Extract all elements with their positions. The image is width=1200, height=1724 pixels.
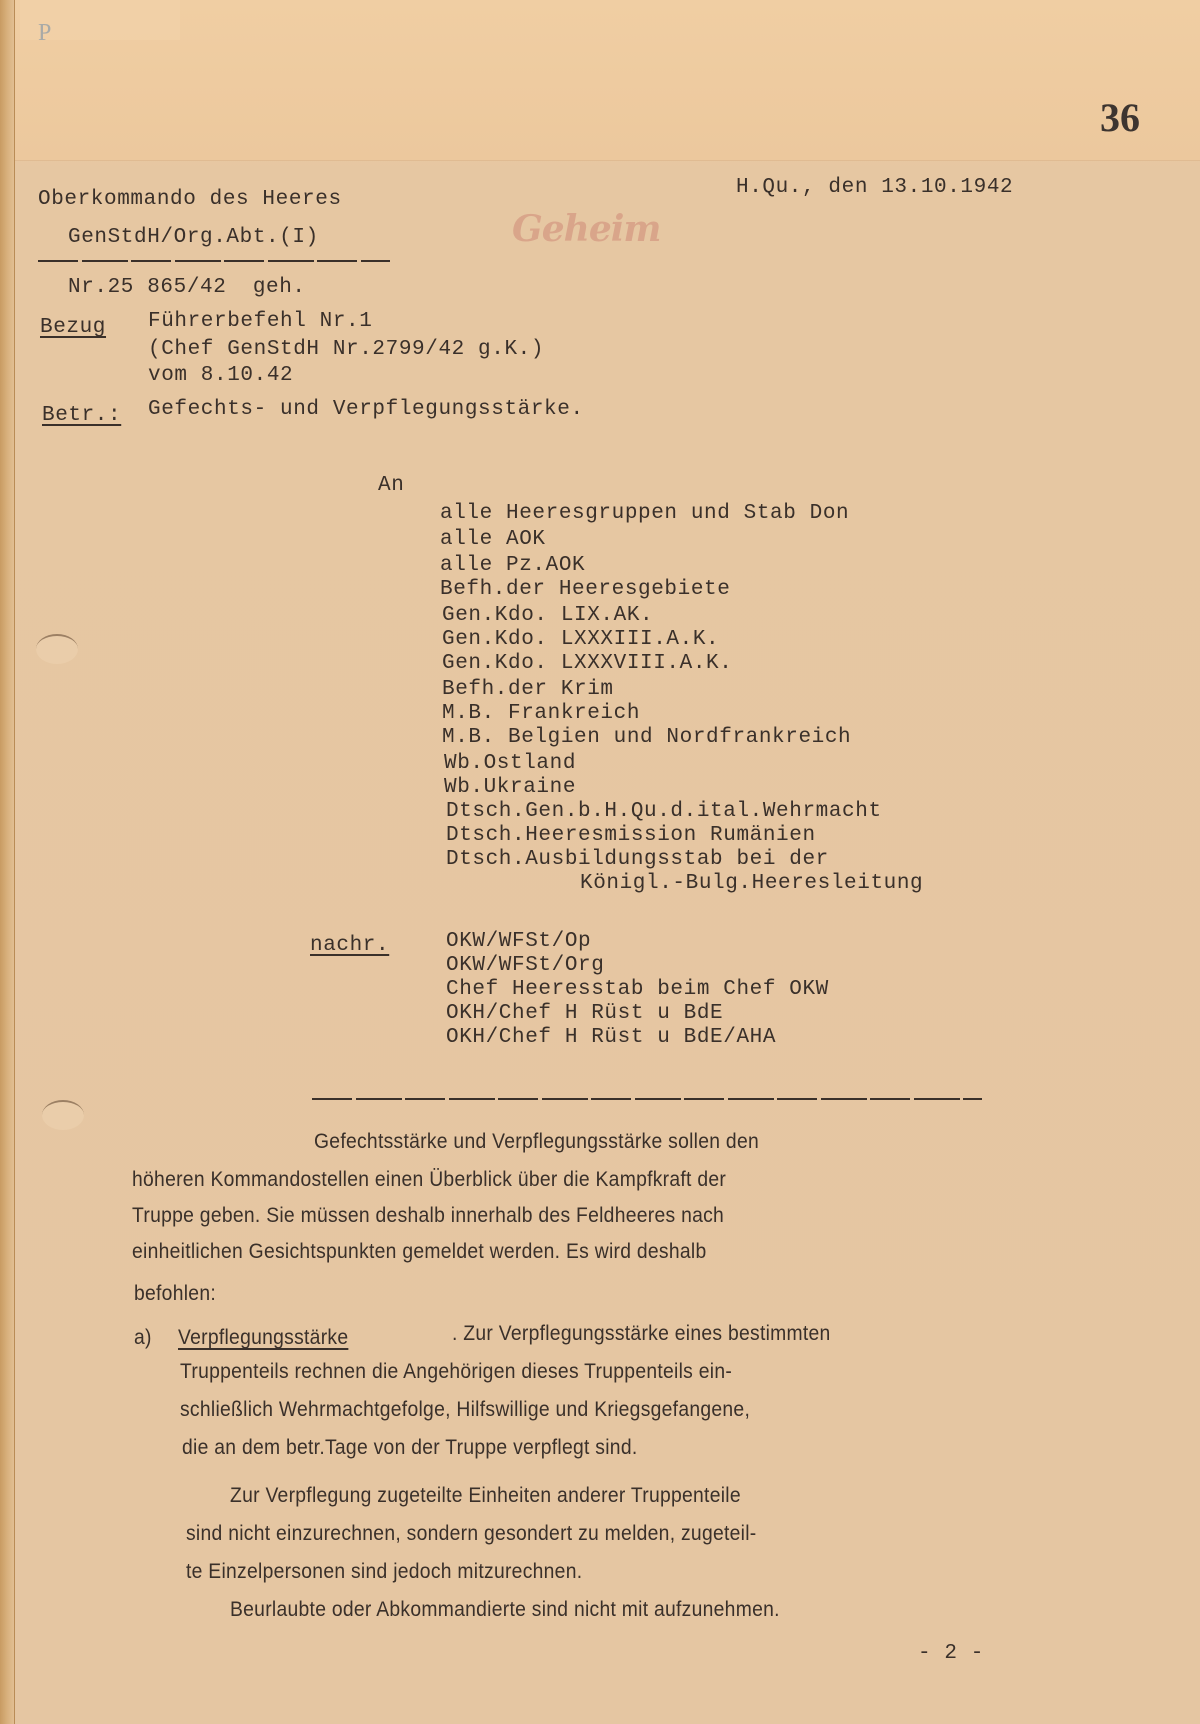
subject: Gefechts- und Verpflegungsstärke. — [148, 398, 584, 421]
recipient-item: Befh.der Krim — [442, 678, 614, 701]
recipient-item: alle Heeresgruppen und Stab Don — [440, 502, 849, 525]
section-marker: a) — [134, 1326, 152, 1350]
betr-label: Betr.: — [42, 404, 121, 427]
recipient-item: Königl.-Bulg.Heeresleitung — [580, 872, 923, 895]
punch-hole-icon — [42, 1100, 84, 1130]
classification-stamp: Geheim — [512, 208, 661, 250]
recipient-item: alle Pz.AOK — [440, 554, 585, 577]
binding-edge — [0, 0, 15, 1724]
recipient-item: M.B. Belgien und Nordfrankreich — [442, 726, 851, 749]
body-line: Zur Verpflegung zugeteilte Einheiten and… — [230, 1484, 741, 1508]
body-line: die an dem betr.Tage von der Truppe verp… — [182, 1436, 638, 1460]
document-page: P 36 Geheim Oberkommando des Heeres GenS… — [0, 0, 1200, 1724]
body-line: sind nicht einzurechnen, sondern gesonde… — [186, 1522, 757, 1546]
cc-item: OKH/Chef H Rüst u BdE/AHA — [446, 1026, 776, 1049]
recipient-item: Dtsch.Ausbildungsstab bei der — [446, 848, 829, 871]
cc-item: OKH/Chef H Rüst u BdE — [446, 1002, 723, 1025]
recipient-item: Wb.Ukraine — [444, 776, 576, 799]
recipient-item: M.B. Frankreich — [442, 702, 640, 725]
body-line: . Zur Verpflegungsstärke eines bestimmte… — [452, 1322, 831, 1346]
section-heading: Verpflegungsstärke — [178, 1326, 348, 1350]
body-line: schließlich Wehrmachtgefolge, Hilfswilli… — [180, 1398, 750, 1422]
body-line: Truppenteils rechnen die Angehörigen die… — [180, 1360, 732, 1384]
body-line: Gefechtsstärke und Verpflegungsstärke so… — [314, 1130, 759, 1154]
place-date: H.Qu., den 13.10.1942 — [736, 176, 1013, 199]
bezug-line: Führerbefehl Nr.1 — [148, 310, 372, 333]
continuation-marker: - 2 - — [918, 1642, 984, 1665]
cc-item: OKW/WFSt/Op — [446, 930, 591, 953]
recipient-item: Befh.der Heeresgebiete — [440, 578, 730, 601]
cc-label: nachr. — [310, 934, 389, 957]
recipient-item: Wb.Ostland — [444, 752, 576, 775]
bezug-line: (Chef GenStdH Nr.2799/42 g.K.) — [148, 338, 544, 361]
recipient-item: alle AOK — [440, 528, 546, 551]
sender-line-1: Oberkommando des Heeres — [38, 188, 342, 211]
body-line: höheren Kommandostellen einen Überblick … — [132, 1168, 726, 1192]
body-line: te Einzelpersonen sind jedoch mitzurechn… — [186, 1560, 582, 1584]
section-rule — [312, 1098, 982, 1100]
cc-item: Chef Heeresstab beim Chef OKW — [446, 978, 829, 1001]
tab-letter: P — [38, 20, 51, 47]
body-line: befohlen: — [134, 1282, 216, 1306]
sender-line-2: GenStdH/Org.Abt.(I) — [68, 226, 319, 249]
punch-hole-icon — [36, 634, 78, 664]
body-line: Truppe geben. Sie müssen deshalb innerha… — [132, 1204, 724, 1228]
reference-number: Nr.25 865/42 geh. — [68, 276, 306, 299]
paper-top-strip — [10, 0, 1200, 161]
recipient-item: Gen.Kdo. LXXXVIII.A.K. — [442, 652, 732, 675]
cc-item: OKW/WFSt/Org — [446, 954, 604, 977]
recipient-item: Dtsch.Heeresmission Rumänien — [446, 824, 816, 847]
body-line: einheitlichen Gesichtspunkten gemeldet w… — [132, 1240, 706, 1264]
bezug-line: vom 8.10.42 — [148, 364, 293, 387]
page-number: 36 — [1100, 94, 1140, 141]
recipient-item: Gen.Kdo. LIX.AK. — [442, 604, 653, 627]
recipients-label: An — [378, 474, 404, 497]
header-rule — [38, 260, 390, 262]
recipient-item: Gen.Kdo. LXXXIII.A.K. — [442, 628, 719, 651]
bezug-label: Bezug — [40, 316, 106, 339]
body-line: Beurlaubte oder Abkommandierte sind nich… — [230, 1598, 780, 1622]
recipient-item: Dtsch.Gen.b.H.Qu.d.ital.Wehrmacht — [446, 800, 882, 823]
